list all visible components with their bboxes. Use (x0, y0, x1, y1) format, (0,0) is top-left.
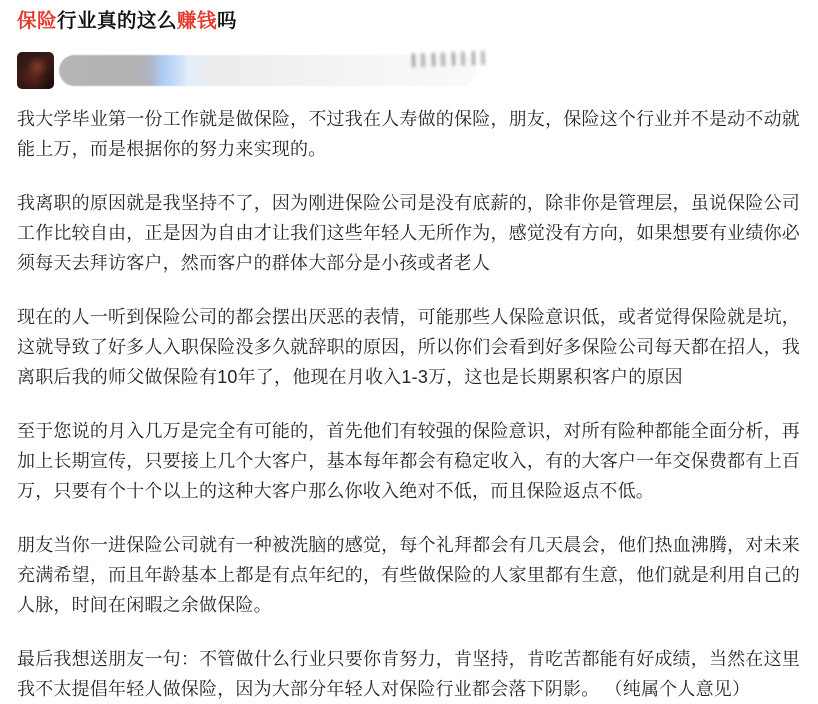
redacted-text-remnant (412, 51, 490, 68)
title-highlight-segment: 保险 (17, 10, 57, 32)
post-paragraph: 现在的人一听到保险公司的都会摆出厌恶的表情，可能那些人保险意识低，或者觉得保险就… (17, 302, 800, 392)
post-paragraph: 最后我想送朋友一句：不管做什么行业只要你肯努力，肯坚持，肯吃苦都能有好成绩，当然… (17, 644, 800, 704)
page-title: 保险行业真的这么赚钱吗 (17, 8, 800, 34)
author-row (17, 50, 800, 90)
post-paragraph: 至于您说的月入几万是完全有可能的，首先他们有较强的保险意识，对所有险种都能全面分… (17, 416, 800, 506)
post-body: 我大学毕业第一份工作就是做保险，不过我在人寿做的保险，朋友，保险这个行业并不是动… (17, 104, 800, 704)
post-paragraph: 朋友当你一进保险公司就有一种被洗脑的感觉，每个礼拜都会有几天晨会，他们热血沸腾，… (17, 530, 800, 620)
avatar[interactable] (17, 52, 54, 89)
post-page: 保险行业真的这么赚钱吗 我大学毕业第一份工作就是做保险，不过我在人寿做的保险，朋… (0, 0, 818, 704)
title-highlight-segment: 赚钱 (177, 10, 217, 32)
title-segment: 吗 (217, 10, 237, 32)
post-paragraph: 我离职的原因就是我坚持不了，因为刚进保险公司是没有底薪的，除非你是管理层，虽说保… (17, 188, 800, 278)
post-paragraph: 我大学毕业第一份工作就是做保险，不过我在人寿做的保险，朋友，保险这个行业并不是动… (17, 104, 800, 164)
title-segment: 行业真的这么 (57, 10, 177, 32)
